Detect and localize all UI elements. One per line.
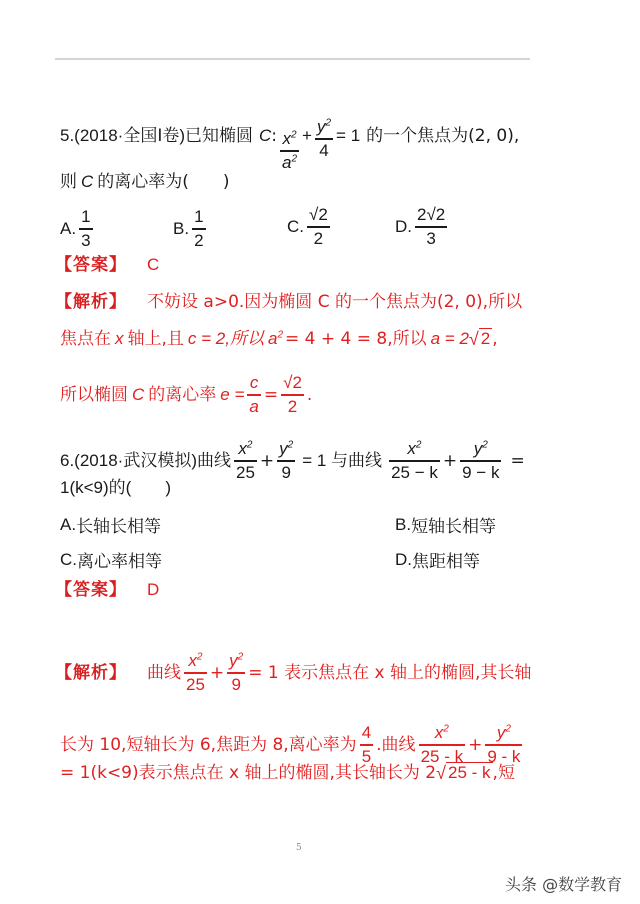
- problem6-answer: 【答案】 D: [55, 580, 159, 600]
- colon: :: [271, 126, 277, 146]
- problem6-option-d: D.焦距相等: [395, 547, 480, 572]
- watermark: 头条 @数学教育: [505, 872, 622, 895]
- problem5-analysis-line3: 所以椭圆 C 的离心率 e = ca = √22 .: [60, 372, 312, 418]
- equals-one: = 1: [336, 126, 360, 146]
- problem6-analysis-line3: = 1(k<9)表示焦点在 x 轴上的椭圆,其长轴长为 2 √25 - k ,短: [60, 762, 515, 783]
- problem6-analysis-line2: 长为 10,短轴长为 6,焦距为 8,离心率为 45 .曲线 x225 - k …: [60, 722, 525, 768]
- problem6-prefix: 6.(2018·武汉模拟)曲线: [60, 451, 231, 471]
- problem5-option-d: D. 2√23: [395, 204, 450, 250]
- problem5-analysis-line2: 焦点在 x 轴上,且 c = 2,所以 a2 = 4 + 4 = 8,所以 a …: [60, 328, 498, 349]
- problem6-option-c: C.离心率相等: [60, 547, 162, 572]
- text: 的离心率为( ): [97, 172, 229, 192]
- fraction-x2-a2: x2 a2: [280, 128, 299, 174]
- fraction-y2-4: y2 4: [315, 116, 333, 162]
- problem6-analysis-line1: 【解析】 曲线 x225 + y29 = 1 表示焦点在 x 轴上的椭圆,其长轴: [55, 650, 531, 696]
- problem5-suffix: 的一个焦点为(2, 0),: [366, 126, 519, 146]
- problem5-analysis-line1: 【解析】 不妨设 a>0.因为椭圆 C 的一个焦点为(2, 0),所以: [55, 292, 522, 312]
- problem5-option-c: C. √22: [287, 204, 333, 250]
- analysis-label: 【解析】: [55, 292, 127, 312]
- answer-value: C: [147, 255, 159, 275]
- header-rule: [55, 58, 530, 60]
- problem6-option-b: B.短轴长相等: [395, 512, 496, 537]
- problem5-stem-line2: 则 C 的离心率为( ): [60, 172, 230, 192]
- problem6-option-a: A.长轴长相等: [60, 512, 161, 537]
- problem6-stem-line1: 6.(2018·武汉模拟)曲线 x225 + y29 = 1 与曲线 x225 …: [60, 438, 525, 484]
- text: 不妨设 a>0.因为椭圆 C 的一个焦点为(2, 0),所以: [147, 292, 522, 312]
- problem5-stem-line1: 5.(2018·全国Ⅰ卷)已知椭圆 C : x2 a2 + y2 4 = 1 的…: [60, 98, 519, 174]
- problem5-prefix: 5.(2018·全国Ⅰ卷)已知椭圆: [60, 126, 253, 146]
- page-number: 5: [296, 843, 302, 853]
- problem5-option-b: B. 12: [173, 206, 209, 252]
- curve-var: C: [259, 126, 271, 146]
- problem5-option-a: A. 13: [60, 206, 96, 252]
- sqrt: √2: [469, 328, 492, 349]
- answer-label: 【答案】: [55, 255, 127, 275]
- curve-var: C: [81, 172, 93, 192]
- text: 则: [60, 172, 77, 192]
- sqrt: √25 - k: [436, 762, 492, 783]
- problem5-answer: 【答案】 C: [55, 255, 159, 275]
- problem6-stem-line2: 1(k<9)的( ): [60, 478, 171, 498]
- plus: +: [302, 126, 312, 146]
